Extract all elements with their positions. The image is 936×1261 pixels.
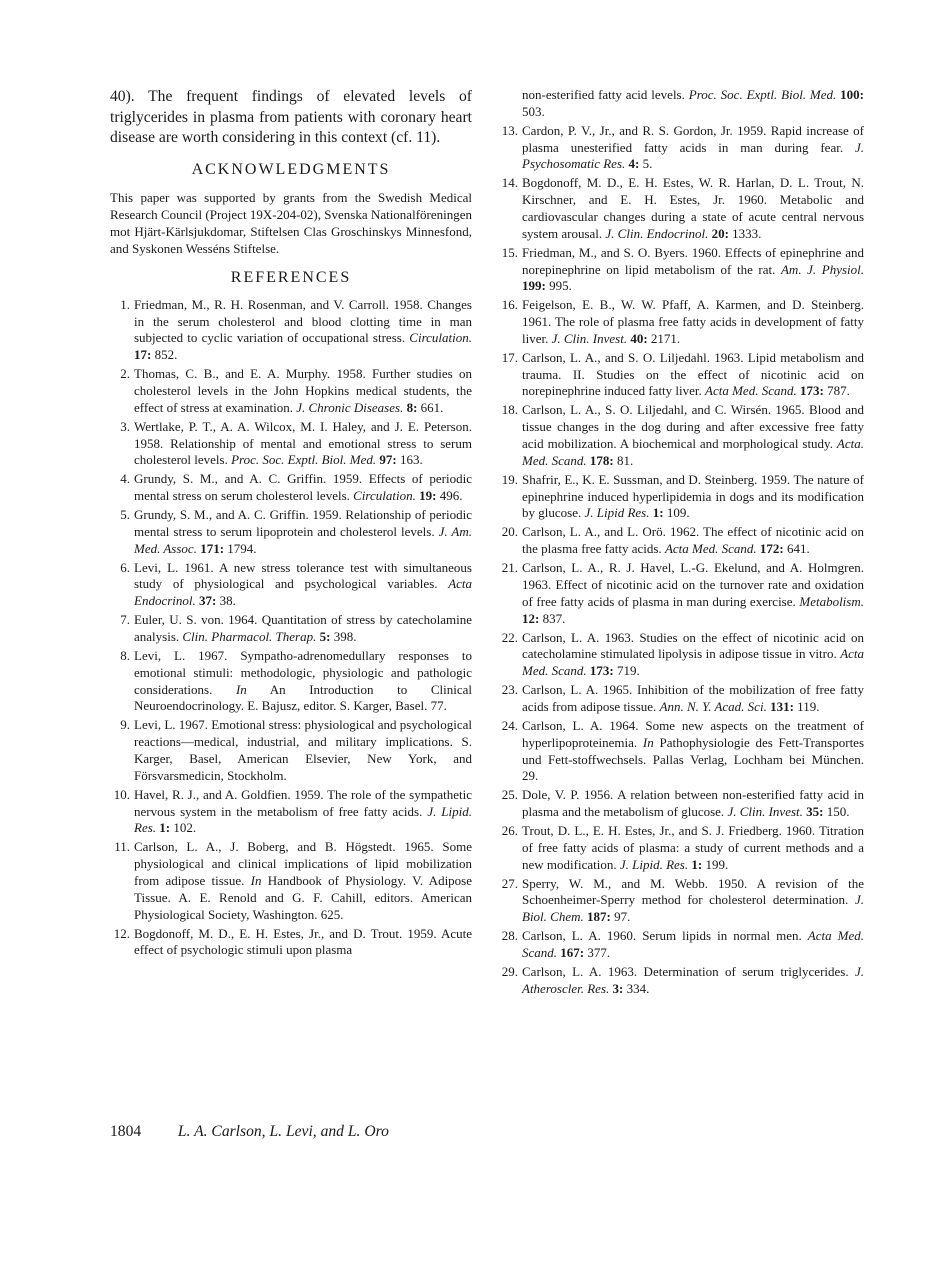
- ref-pages: 102.: [173, 820, 196, 835]
- reference-item: 1.Friedman, M., R. H. Rosenman, and V. C…: [110, 297, 472, 364]
- ref-volume: 8:: [407, 400, 418, 415]
- ref-journal: J. Clin. Invest.: [727, 804, 802, 819]
- reference-item: 15.Friedman, M., and S. O. Byers. 1960. …: [500, 245, 864, 295]
- references-heading: REFERENCES: [110, 269, 472, 287]
- ref-volume: 19:: [419, 488, 436, 503]
- ref-volume: 199:: [522, 278, 546, 293]
- reference-item: 27.Sperry, W. M., and M. Webb. 1950. A r…: [500, 876, 864, 926]
- reference-number: 7.: [110, 612, 130, 629]
- reference-number: 12.: [110, 926, 130, 943]
- ref-pages: 837.: [543, 611, 566, 626]
- reference-item: 21.Carlson, L. A., R. J. Havel, L.-G. Ek…: [500, 560, 864, 627]
- ref-pages: 199.: [705, 857, 728, 872]
- acknowledgments-text: This paper was supported by grants from …: [110, 189, 472, 257]
- ref-pages: 503.: [522, 104, 545, 119]
- ref-volume: 35:: [806, 804, 823, 819]
- ref-text: Carlson, L. A., S. O. Liljedahl, and C. …: [522, 402, 864, 451]
- ref-text: Cardon, P. V., Jr., and R. S. Gordon, Jr…: [522, 123, 864, 155]
- ref-journal: Circulation.: [353, 488, 416, 503]
- ref-journal: J. Clin. Endocrinol.: [605, 226, 708, 241]
- reference-number: 27.: [488, 876, 518, 893]
- running-authors: L. A. Carlson, L. Levi, and L. Oro: [178, 1123, 389, 1140]
- reference-item: 8.Levi, L. 1967. Sympatho-adrenomedullar…: [110, 648, 472, 715]
- ref-pages: 496.: [440, 488, 463, 503]
- reference-number: 20.: [488, 524, 518, 541]
- reference-number: 15.: [488, 245, 518, 262]
- ref-volume: 1:: [653, 505, 664, 520]
- reference-number: 17.: [488, 350, 518, 367]
- reference-number: 14.: [488, 175, 518, 192]
- ref-volume: 5:: [320, 629, 331, 644]
- ref-pages: 150.: [827, 804, 850, 819]
- reference-list-right: 13.Cardon, P. V., Jr., and R. S. Gordon,…: [500, 123, 864, 998]
- reference-number: 23.: [488, 682, 518, 699]
- reference-item: 11.Carlson, L. A., J. Boberg, and B. Hög…: [110, 839, 472, 923]
- ref-pages: 995.: [549, 278, 572, 293]
- reference-item: 6.Levi, L. 1961. A new stress tolerance …: [110, 560, 472, 610]
- ref-text: Sperry, W. M., and M. Webb. 1950. A revi…: [522, 876, 864, 908]
- ref-pages: 5.: [643, 156, 653, 171]
- ref-text: Carlson, L. A. 1963. Studies on the effe…: [522, 630, 864, 662]
- reference-number: 4.: [110, 471, 130, 488]
- ref-journal: In: [236, 682, 247, 697]
- ref-text: Levi, L. 1967. Emotional stress: physiol…: [134, 717, 472, 782]
- ref-pages: 334.: [627, 981, 650, 996]
- acknowledgments-heading: ACKNOWLEDGMENTS: [110, 161, 472, 179]
- ref-journal: Clin. Pharmacol. Therap.: [182, 629, 316, 644]
- reference-number: 19.: [488, 472, 518, 489]
- reference-item: 22.Carlson, L. A. 1963. Studies on the e…: [500, 630, 864, 680]
- reference-item: 7.Euler, U. S. von. 1964. Quantitation o…: [110, 612, 472, 646]
- ref-journal: Acta Med. Scand.: [705, 383, 797, 398]
- reference-item: 14.Bogdonoff, M. D., E. H. Estes, W. R. …: [500, 175, 864, 242]
- ref-volume: 173:: [800, 383, 824, 398]
- ref-volume: 171:: [200, 541, 224, 556]
- reference-number: 2.: [110, 366, 130, 383]
- reference-number: 13.: [488, 123, 518, 140]
- ref-pages: 109.: [667, 505, 690, 520]
- ref-pages: 163.: [400, 452, 423, 467]
- reference-item: 24.Carlson, L. A. 1964. Some new aspects…: [500, 718, 864, 785]
- ref-volume: 37:: [199, 593, 216, 608]
- ref-volume: 1:: [159, 820, 170, 835]
- reference-number: 9.: [110, 717, 130, 734]
- ref-journal: J. Lipid. Res.: [620, 857, 688, 872]
- reference-item: 12.Bogdonoff, M. D., E. H. Estes, Jr., a…: [110, 926, 472, 960]
- left-column: 40). The frequent findings of elevated l…: [110, 87, 472, 961]
- ref-volume: 12:: [522, 611, 539, 626]
- reference-item: 23.Carlson, L. A. 1965. Inhibition of th…: [500, 682, 864, 716]
- reference-number: 16.: [488, 297, 518, 314]
- ref-volume: 172:: [760, 541, 784, 556]
- reference-item: 20.Carlson, L. A., and L. Orö. 1962. The…: [500, 524, 864, 558]
- page-footer: 1804 L. A. Carlson, L. Levi, and L. Oro: [110, 1123, 389, 1141]
- reference-list-left: 1.Friedman, M., R. H. Rosenman, and V. C…: [110, 297, 472, 959]
- ref-journal: In: [251, 873, 262, 888]
- ref-journal: Acta Med. Scand.: [665, 541, 757, 556]
- ref-text: Grundy, S. M., and A. C. Griffin. 1959. …: [134, 507, 472, 539]
- ref-journal: J. Clin. Invest.: [552, 331, 627, 346]
- ref-text: Levi, L. 1961. A new stress tolerance te…: [134, 560, 472, 592]
- reference-item: 29.Carlson, L. A. 1963. Determination of…: [500, 964, 864, 998]
- reference-item: 5.Grundy, S. M., and A. C. Griffin. 1959…: [110, 507, 472, 557]
- ref-volume: 1:: [691, 857, 702, 872]
- reference-number: 25.: [488, 787, 518, 804]
- ref-pages: 398.: [334, 629, 357, 644]
- ref-pages: 1333.: [732, 226, 761, 241]
- ref-pages: 119.: [797, 699, 819, 714]
- ref-journal: Proc. Soc. Exptl. Biol. Med.: [689, 87, 837, 102]
- ref-pages: 641.: [787, 541, 810, 556]
- ref-text: Carlson, L. A. 1960. Serum lipids in nor…: [522, 928, 802, 943]
- page-number: 1804: [110, 1123, 174, 1141]
- reference-number: 3.: [110, 419, 130, 436]
- ref-text: Bogdonoff, M. D., E. H. Estes, Jr., and …: [134, 926, 472, 958]
- ref-text: Carlson, L. A. 1963. Determination of se…: [522, 964, 849, 979]
- ref-text: Havel, R. J., and A. Goldfien. 1959. The…: [134, 787, 472, 819]
- reference-number: 8.: [110, 648, 130, 665]
- reference-number: 29.: [488, 964, 518, 981]
- reference-number: 5.: [110, 507, 130, 524]
- ref-text: Shafrir, E., K. E. Sussman, and D. Stein…: [522, 472, 864, 521]
- reference-number: 22.: [488, 630, 518, 647]
- ref-volume: 40:: [630, 331, 647, 346]
- ref-journal: Proc. Soc. Exptl. Biol. Med.: [231, 452, 376, 467]
- reference-item: 2.Thomas, C. B., and E. A. Murphy. 1958.…: [110, 366, 472, 416]
- reference-item: 9.Levi, L. 1967. Emotional stress: physi…: [110, 717, 472, 784]
- reference-item: 17.Carlson, L. A., and S. O. Liljedahl. …: [500, 350, 864, 400]
- ref-volume: 100:: [840, 87, 864, 102]
- ref-journal: Ann. N. Y. Acad. Sci.: [660, 699, 767, 714]
- reference-item: 26.Trout, D. L., E. H. Estes, Jr., and S…: [500, 823, 864, 873]
- reference-number: 21.: [488, 560, 518, 577]
- ref-volume: 4:: [629, 156, 640, 171]
- ref-journal: In: [643, 735, 654, 750]
- ref-pages: 377.: [587, 945, 610, 960]
- ref-volume: 178:: [590, 453, 614, 468]
- reference-item: 25.Dole, V. P. 1956. A relation between …: [500, 787, 864, 821]
- ref-journal: J. Chronic Diseases.: [296, 400, 403, 415]
- ref-journal: Metabolism.: [799, 594, 864, 609]
- ref-volume: 97:: [379, 452, 396, 467]
- reference-item: 13.Cardon, P. V., Jr., and R. S. Gordon,…: [500, 123, 864, 173]
- right-column: non-esterified fatty acid levels. Proc. …: [500, 87, 864, 1000]
- ref-pages: 661.: [421, 400, 444, 415]
- reference-number: 6.: [110, 560, 130, 577]
- ref-pages: 852.: [155, 347, 178, 362]
- ref-journal: J. Lipid Res.: [584, 505, 649, 520]
- ref-pages: 1794.: [227, 541, 256, 556]
- ref-pages: 719.: [617, 663, 640, 678]
- reference-item: 18.Carlson, L. A., S. O. Liljedahl, and …: [500, 402, 864, 469]
- ref-volume: 17:: [134, 347, 151, 362]
- reference-item: 28.Carlson, L. A. 1960. Serum lipids in …: [500, 928, 864, 962]
- ref-pages: 81.: [617, 453, 633, 468]
- reference-item: 19.Shafrir, E., K. E. Sussman, and D. St…: [500, 472, 864, 522]
- reference-number: 11.: [110, 839, 130, 856]
- ref-pages: 787.: [827, 383, 850, 398]
- reference-number: 18.: [488, 402, 518, 419]
- ref-volume: 167:: [560, 945, 584, 960]
- reference-12-continued: non-esterified fatty acid levels. Proc. …: [500, 87, 864, 121]
- ref-text: non-esterified fatty acid levels.: [522, 87, 685, 102]
- ref-volume: 187:: [587, 909, 611, 924]
- reference-number: 1.: [110, 297, 130, 314]
- reference-item: 10.Havel, R. J., and A. Goldfien. 1959. …: [110, 787, 472, 837]
- reference-item: 4.Grundy, S. M., and A. C. Griffin. 1959…: [110, 471, 472, 505]
- ref-journal: Circulation.: [409, 330, 472, 345]
- ref-journal: Am. J. Physiol.: [781, 262, 864, 277]
- intro-paragraph: 40). The frequent findings of elevated l…: [110, 87, 472, 149]
- ref-volume: 20:: [712, 226, 729, 241]
- reference-number: 24.: [488, 718, 518, 735]
- reference-item: 3.Wertlake, P. T., A. A. Wilcox, M. I. H…: [110, 419, 472, 469]
- ref-pages: 2171.: [651, 331, 680, 346]
- ref-pages: 97.: [614, 909, 630, 924]
- reference-item: 16.Feigelson, E. B., W. W. Pfaff, A. Kar…: [500, 297, 864, 347]
- reference-number: 28.: [488, 928, 518, 945]
- reference-number: 10.: [110, 787, 130, 804]
- ref-volume: 3:: [613, 981, 624, 996]
- reference-number: 26.: [488, 823, 518, 840]
- ref-volume: 131:: [770, 699, 794, 714]
- ref-volume: 173:: [590, 663, 614, 678]
- ref-pages: 38.: [220, 593, 236, 608]
